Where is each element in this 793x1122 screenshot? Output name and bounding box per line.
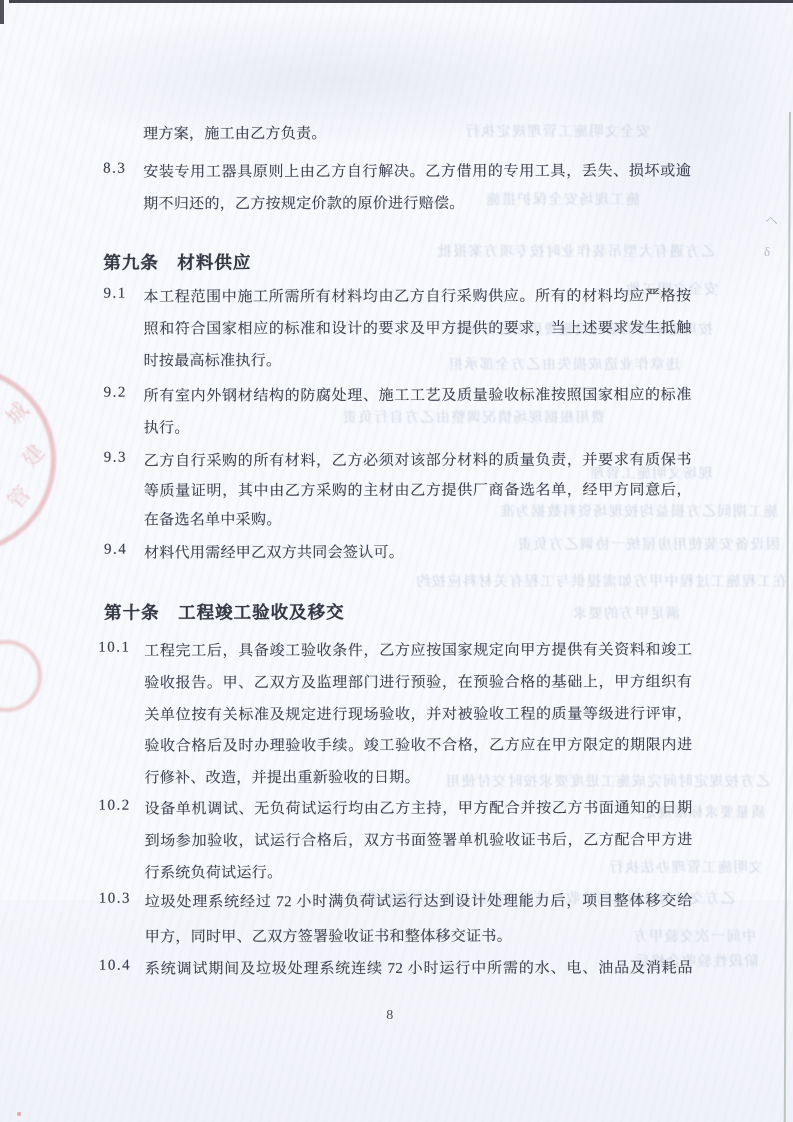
margin-pen-mark: ヘ: [765, 210, 778, 229]
contract-text-line: 执行。: [0, 415, 793, 441]
line-text: 本工程范围中施工所需所有材料均由乙方自行采购供应。所有的材料均应严格按: [143, 284, 691, 306]
contract-text-line: 照和符合国家相应的标准和设计的要求及甲方提供的要求，当上述要求发生抵触: [0, 316, 793, 342]
line-text: 甲方，同时甲、乙双方签署验收证书和整体移交证书。: [145, 924, 693, 946]
page-number: 8: [340, 1008, 440, 1024]
contract-text-line: 在备选名单中采购。: [0, 507, 793, 533]
clause-number: 9.4: [104, 542, 127, 559]
clause-number: 10.2: [98, 798, 130, 815]
red-ink-speck: [17, 1112, 21, 1116]
line-text: 所有室内外钢材结构的防腐处理、施工工艺及质量验收标准按照国家相应的标准: [144, 383, 692, 405]
contract-text-line: 等质量证明，其中由乙方采购的主材由乙方提供厂商备选名单，经甲方同意后，: [0, 478, 793, 504]
contract-text-line: 理方案，施工由乙方负责。: [0, 121, 792, 147]
contract-text-line: 验收合格后及时办理验收手续。竣工验收不合格，乙方应在甲方限定的期限内进: [0, 733, 793, 759]
line-text: 到场参加验收，试运行合格后，双方书面签署单机验收证书后，乙方配合甲方进: [145, 828, 693, 850]
line-text: 照和符合国家相应的标准和设计的要求及甲方提供的要求，当上述要求发生抵触: [143, 316, 691, 338]
scanned-contract-page: 安全文明施工管理规定执行施工现场安全保护措施乙方遇有大型吊装作业时按专项方案报批…: [0, 0, 793, 1122]
contract-text-line: 10.4系统调试期间及垃圾处理系统连续 72 小时运行中所需的水、电、油品及消耗…: [1, 956, 793, 982]
margin-pen-mark: δ: [764, 244, 770, 260]
heading-text: 第九条 材料供应: [103, 249, 251, 274]
contract-text-line: 期不归还的，乙方按规定价款的原价进行赔偿。: [0, 191, 792, 217]
contract-text-block: 理方案，施工由乙方负责。8.3安装专用工器具原则上由乙方自行解决。乙方借用的专用…: [0, 0, 793, 1122]
scan-top-edge: [9, 0, 793, 3]
contract-text-line: 甲方，同时甲、乙双方签署验收证书和整体移交证书。: [1, 924, 793, 950]
line-text: 关单位按有关标准及规定进行现场验收，并对被验收工程的质量等级进行评审，: [144, 702, 692, 724]
line-text: 材料代用需经甲乙双方共同会签认可。: [144, 540, 692, 562]
line-text: 垃圾处理系统经过 72 小时满负荷试运行达到设计处理能力后，项目整体移交给: [145, 889, 693, 911]
line-text: 安装专用工器具原则上由乙方自行解决。乙方借用的专用工具，丢失、损坏或逾: [143, 159, 691, 181]
contract-text-line: 10.1工程完工后，具备竣工验收条件，乙方应按国家规定向甲方提供有关资料和竣工: [0, 638, 793, 664]
clause-number: 8.3: [103, 161, 126, 178]
contract-text-line: 9.3乙方自行采购的所有材料，乙方必须对该部分材料的质量负责，并要求有质保书: [0, 448, 793, 474]
contract-text-line: 9.1本工程范围中施工所需所有材料均由乙方自行采购供应。所有的材料均应严格按: [0, 284, 792, 310]
line-text: 执行。: [144, 415, 692, 437]
contract-text-line: 8.3安装专用工器具原则上由乙方自行解决。乙方借用的专用工具，丢失、损坏或逾: [0, 159, 792, 185]
line-text: 等质量证明，其中由乙方采购的主材由乙方提供厂商备选名单，经甲方同意后，: [144, 478, 692, 500]
contract-text-line: 时按最高标准执行。: [0, 348, 793, 374]
line-text: 工程完工后，具备竣工验收条件，乙方应按国家规定向甲方提供有关资料和竣工: [144, 638, 692, 660]
section-heading: 第九条 材料供应: [0, 248, 792, 274]
clause-number: 9.1: [103, 286, 126, 303]
line-text: 在备选名单中采购。: [144, 507, 692, 529]
contract-text-line: 10.3垃圾处理系统经过 72 小时满负荷试运行达到设计处理能力后，项目整体移交…: [1, 889, 793, 915]
line-text: 系统调试期间及垃圾处理系统连续 72 小时运行中所需的水、电、油品及消耗品: [145, 956, 693, 978]
line-text: 设备单机调试、无负荷试运行均由乙方主持，甲方配合并按乙方书面通知的日期: [144, 796, 692, 818]
contract-text-line: 到场参加验收，试运行合格后，双方书面签署单机验收证书后，乙方配合甲方进: [1, 828, 793, 854]
contract-text-line: 关单位按有关标准及规定进行现场验收，并对被验收工程的质量等级进行评审，: [0, 702, 793, 728]
contract-text-line: 9.4材料代用需经甲乙双方共同会签认可。: [0, 540, 793, 566]
line-text: 行系统负荷试运行。: [145, 860, 693, 882]
clause-number: 10.1: [98, 640, 130, 657]
scan-left-edge-mark: [0, 0, 4, 24]
clause-number: 9.3: [104, 450, 127, 467]
contract-text-line: 9.2所有室内外钢材结构的防腐处理、施工工艺及质量验收标准按照国家相应的标准: [0, 383, 793, 409]
line-text: 理方案，施工由乙方负责。: [143, 121, 691, 143]
line-text: 验收合格后及时办理验收手续。竣工验收不合格，乙方应在甲方限定的期限内进: [144, 733, 692, 755]
heading-text: 第十条 工程竣工验收及移交: [104, 599, 345, 625]
line-text: 期不归还的，乙方按规定价款的原价进行赔偿。: [143, 191, 691, 213]
clause-number: 10.3: [99, 891, 131, 908]
contract-text-line: 10.2设备单机调试、无负荷试运行均由乙方主持，甲方配合并按乙方书面通知的日期: [0, 796, 793, 822]
line-text: 乙方自行采购的所有材料，乙方必须对该部分材料的质量负责，并要求有质保书: [144, 448, 692, 470]
contract-text-line: 行修补、改造，并提出重新验收的日期。: [0, 765, 793, 791]
clause-number: 9.2: [104, 385, 127, 402]
line-text: 时按最高标准执行。: [144, 348, 692, 370]
line-text: 验收报告。甲、乙双方及监理部门进行预验，在预验合格的基础上，甲方组织有: [144, 670, 692, 692]
section-heading: 第十条 工程竣工验收及移交: [0, 598, 793, 624]
contract-text-line: 行系统负荷试运行。: [1, 860, 793, 886]
contract-text-line: 验收报告。甲、乙双方及监理部门进行预验，在预验合格的基础上，甲方组织有: [0, 670, 793, 696]
clause-number: 10.4: [99, 958, 131, 975]
line-text: 行修补、改造，并提出重新验收的日期。: [144, 765, 692, 787]
